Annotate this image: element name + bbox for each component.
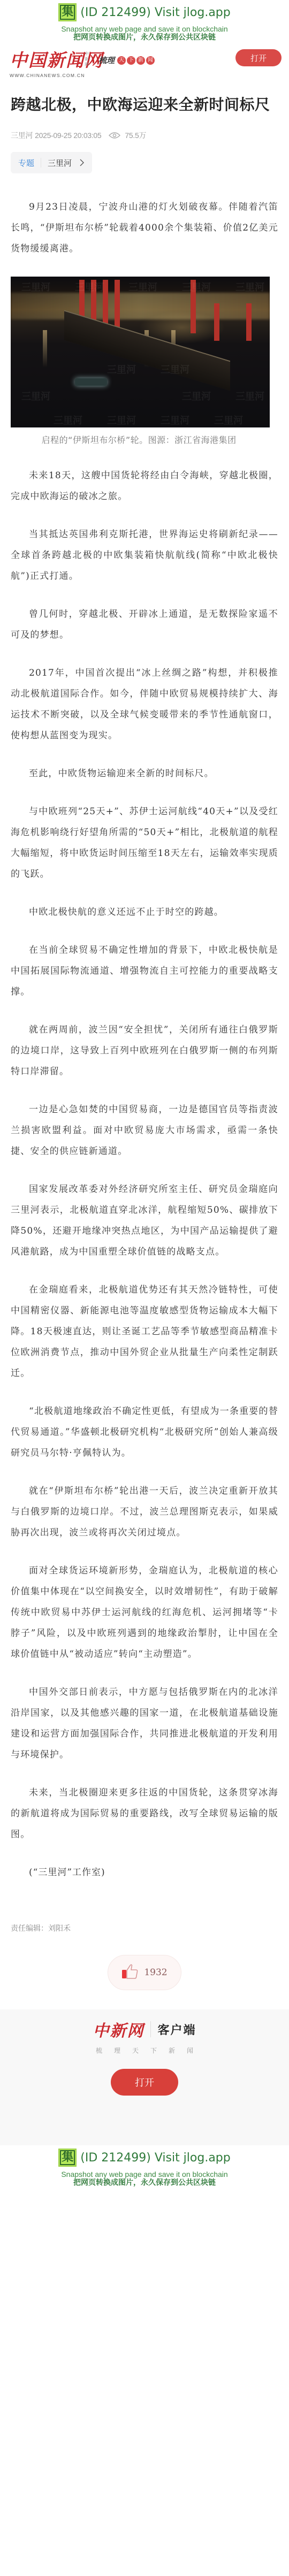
jlog-chinese-text: 把网页转换成图片，永久保存到公共区块链 bbox=[0, 33, 289, 42]
topic-name: 三里河 bbox=[48, 157, 72, 169]
tug-boat bbox=[75, 378, 107, 386]
chinanews-app-logo: 中新网 bbox=[93, 2017, 144, 2041]
author: 三里河 bbox=[11, 130, 33, 141]
app-promo: 中新网 客户端 梳 理 天 下 新 闻 打开 bbox=[0, 2009, 289, 2145]
publish-datetime: 2025-09-25 20:03:05 bbox=[35, 131, 101, 140]
paragraph: 与中欧班列“25天+”、苏伊士运河航线“40天+”以及受红海危机影响绕行好望角所… bbox=[11, 801, 278, 885]
article-meta: 三里河 2025-09-25 20:03:05 75.5万 bbox=[11, 129, 278, 141]
paragraph: 国家发展改革委对外经济研究所室主任、研究员金瑞庭向三里河表示，北极航道直穿北冰洋… bbox=[11, 1179, 278, 1263]
paragraph: 在当前全球贸易不确定性增加的背景下，中欧北极快航是中国拓展国际物流通道、增强物流… bbox=[11, 940, 278, 1003]
jlog-english-text: Snapshot any web page and save it on blo… bbox=[0, 25, 289, 33]
app-label: 客户端 bbox=[157, 2021, 196, 2038]
port-night-photo[interactable]: 三里河 三里河 三里河 三里河 三里河 三里河 三里河 三里河 三里河 三里河 … bbox=[11, 277, 270, 427]
responsible-editor: 责任编辑：刘阳禾 bbox=[11, 1923, 278, 1933]
topic-divider bbox=[41, 158, 41, 167]
paragraph: 中欧北极快航的意义还远不止于时空的跨越。 bbox=[11, 902, 278, 923]
paragraph: 曾几何时，穿越北极、开辟冰上通道，是无数探险家遥不可及的梦想。 bbox=[11, 604, 278, 646]
slogan-char: 天 bbox=[117, 56, 126, 65]
thumbs-up-icon bbox=[121, 1963, 139, 1982]
paragraph: 2017年，中国首次提出“冰上丝绸之路”构想，并积极推动北极航道国际合作。如今，… bbox=[11, 663, 278, 746]
jlog-id-text[interactable]: (ID 212499) Visit jlog.app bbox=[80, 6, 231, 19]
jlog-id-text[interactable]: (ID 212499) Visit jlog.app bbox=[80, 2151, 231, 2165]
eye-icon bbox=[109, 132, 120, 139]
chevron-right-icon bbox=[79, 158, 85, 167]
paragraph: 中国外交部日前表示，中方愿与包括俄罗斯在内的北冰洋沿岸国家，以及其他感兴趣的国家… bbox=[11, 1682, 278, 1765]
paragraph: 面对全球货运环境新形势，金瑞庭认为，北极航道的核心价值集中体现在“以空间换安全，… bbox=[11, 1561, 278, 1665]
image-caption: 启程的“伊斯坦布尔桥”轮。图源：浙江省海港集团 bbox=[11, 430, 278, 450]
paragraph: 未来，当北极圈迎来更多往返的中国货轮，这条贯穿冰海的新航道将成为国际贸易的重要路… bbox=[11, 1783, 278, 1845]
article-figure: 三里河 三里河 三里河 三里河 三里河 三里河 三里河 三里河 三里河 三里河 … bbox=[11, 277, 278, 450]
paragraph: “北极航道地缘政治不确定性更低，有望成为一条重要的替代贸易通道。”华盛顿北极研究… bbox=[11, 1401, 278, 1464]
slogan-char: 闻 bbox=[146, 56, 155, 65]
paragraph: 就在两周前，波兰因“安全担忧”，关闭所有通往白俄罗斯的边境口岸，这导致上百列中欧… bbox=[11, 1020, 278, 1082]
jlog-english-text: Snapshot any web page and save it on blo… bbox=[0, 2170, 289, 2178]
view-count: 75.5万 bbox=[125, 130, 146, 141]
like-count: 1932 bbox=[144, 1967, 167, 1978]
paragraph: 当其抵达英国弗利克斯托港，世界海运史将刷新纪录——全球首条跨越北极的中欧集装箱快… bbox=[11, 524, 278, 587]
slogan-char: 新 bbox=[136, 56, 145, 65]
article: 跨越北极，中欧海运迎来全新时间标尺 三里河 2025-09-25 20:03:0… bbox=[0, 91, 289, 1990]
paragraph: 至此，中欧货物运输迎来全新的时间标尺。 bbox=[11, 763, 278, 784]
paragraph: 就在“伊斯坦布尔桥”轮出港一天后，波兰决定重新开放其与白俄罗斯的边境口岸。不过，… bbox=[11, 1481, 278, 1543]
brand-divider bbox=[150, 2021, 151, 2037]
topic-label: 专题 bbox=[18, 157, 34, 169]
paragraph: 9月23日凌晨，宁波舟山港的灯火划破夜幕。伴随着汽笛长鸣，“伊斯坦布尔桥”轮载着… bbox=[11, 197, 278, 259]
logo-url: WWW.CHINANEWS.COM.CN bbox=[10, 73, 85, 78]
site-header: 中国新闻网 中新网 WWW.CHINANEWS.COM.CN 梳理 天 下 新 … bbox=[0, 42, 289, 83]
paragraph: 一边是心急如焚的中国贸易商，一边是德国官员等指责波兰损害欧盟利益。面对中欧贸易庞… bbox=[11, 1099, 278, 1162]
promo-tagline: 梳 理 天 下 新 闻 bbox=[0, 2046, 289, 2055]
article-body: 9月23日凌晨，宁波舟山港的灯火划破夜幕。伴随着汽笛长鸣，“伊斯坦布尔桥”轮载着… bbox=[11, 197, 278, 1883]
jlog-badge-icon: 集 bbox=[58, 2149, 77, 2167]
jlog-badge-icon: 集 bbox=[58, 3, 77, 21]
open-app-button-top[interactable]: 打开 bbox=[235, 49, 282, 66]
jlog-banner-top: 集 (ID 212499) Visit jlog.app Snapshot an… bbox=[0, 0, 289, 42]
header-slogan: 梳理 天 下 新 闻 bbox=[98, 55, 155, 66]
article-source: (“三里河”工作室) bbox=[11, 1862, 278, 1883]
logo-mini-text: 中新网 bbox=[85, 51, 90, 67]
slogan-char: 下 bbox=[127, 56, 135, 65]
article-title: 跨越北极，中欧海运迎来全新时间标尺 bbox=[11, 91, 278, 119]
paragraph: 未来18天，这艘中国货轮将经由白令海峡，穿越北极圈，完成中欧海运的破冰之旅。 bbox=[11, 465, 278, 507]
open-app-button-bottom[interactable]: 打开 bbox=[111, 2069, 178, 2096]
topic-tag[interactable]: 专题 三里河 bbox=[11, 152, 92, 173]
jlog-chinese-text: 把网页转换成图片，永久保存到公共区块链 bbox=[0, 2178, 289, 2187]
like-button[interactable]: 1932 bbox=[108, 1955, 181, 1990]
jlog-banner-bottom: 集 (ID 212499) Visit jlog.app Snapshot an… bbox=[0, 2145, 289, 2187]
paragraph: 在金瑞庭看来，北极航道优势还有其天然冷链特性，可使中国精密仪器、新能源电池等温度… bbox=[11, 1280, 278, 1384]
